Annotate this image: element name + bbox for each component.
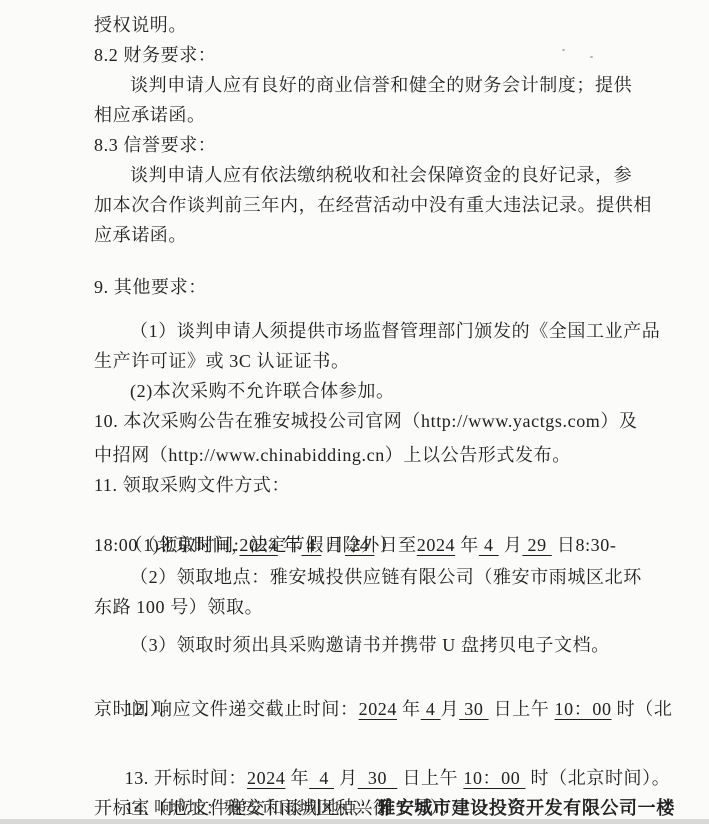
doc-line: (2)本次采购不允许联合体参加。 xyxy=(94,376,653,406)
text-run: 月 xyxy=(499,535,523,555)
underlined-value: 30 xyxy=(459,699,488,719)
doc-line: 中招网（http://www.chinabidding.cn）上以公告形式发布。 xyxy=(94,440,653,470)
doc-line: 生产许可证》或 3C 认证证书。 xyxy=(94,346,653,376)
doc-line-heading-10: 10. 本次采购公告在雅安城投公司官网（http://www.yactgs.co… xyxy=(94,406,653,436)
text-run: 月 xyxy=(334,768,358,788)
scan-speck xyxy=(590,56,593,58)
text-run: 年 xyxy=(285,768,309,788)
text-run: 日上午 xyxy=(397,768,463,788)
doc-line: （1）谈判申请人须提供市场监督管理部门颁发的《全国工业产品 xyxy=(94,316,653,346)
scan-speck xyxy=(562,49,565,51)
text-run: 年 xyxy=(455,535,479,555)
text-run: 月 xyxy=(441,699,460,719)
doc-line-heading-9: 9. 其他要求： xyxy=(94,272,653,302)
doc-line-deadline: 12. 响应文件递交截止时间：2024 年 4 月 30 日上午 10：00 时… xyxy=(94,664,653,694)
text-run: 日8:30- xyxy=(552,535,617,555)
document-page: 授权说明。 8.2 财务要求： 谈判申请人应有良好的商业信誉和健全的财务会计制度… xyxy=(0,0,709,824)
doc-line-heading-8-3: 8.3 信誉要求： xyxy=(94,130,653,160)
doc-line-bid-opening-time: 13. 开标时间：2024 年 4 月 30 日上午 10：00 时（北京时间）… xyxy=(94,733,653,763)
doc-line: 加本次合作谈判前三年内，在经营活动中没有重大违法记录。提供相 xyxy=(94,190,653,220)
underlined-value: 2024 xyxy=(247,768,285,788)
text-run: 时（北京时间）。 xyxy=(525,768,670,788)
underlined-value: 10：00 xyxy=(555,699,612,719)
scan-edge-artifact xyxy=(0,819,709,824)
doc-line: 相应承诺函。 xyxy=(94,100,653,130)
underlined-value: 4 xyxy=(309,768,334,788)
text-run: 日上午 xyxy=(489,699,555,719)
doc-line-heading-8-2: 8.2 财务要求： xyxy=(94,40,653,70)
doc-line: 谈判申请人应有依法缴纳税收和社会保障资金的良好记录，参 xyxy=(94,160,653,190)
underlined-value: 30 xyxy=(358,768,398,788)
text-run: 13. 开标时间： xyxy=(125,768,247,788)
doc-line-pickup-requirement: （3）领取时须出具采购邀请书并携带 U 盘拷贝电子文档。 xyxy=(94,630,653,660)
text-run: 时（北 xyxy=(612,699,673,719)
underlined-value: 2024 xyxy=(359,699,397,719)
doc-line-heading-11: 11. 领取采购文件方式： xyxy=(94,470,653,500)
document-content: 授权说明。 8.2 财务要求： 谈判申请人应有良好的商业信誉和健全的财务会计制度… xyxy=(0,0,709,823)
underlined-value: 29 xyxy=(522,535,551,555)
underlined-value: 10：00 xyxy=(463,768,525,788)
underlined-value: 4 xyxy=(421,699,441,719)
doc-line: 谈判申请人应有良好的商业信誉和健全的财务会计制度；提供 xyxy=(94,70,653,100)
doc-line-pickup-time: （1)领取时间:2024 年 4 月 24 日至2024 年 4 月 29 日8… xyxy=(94,500,653,530)
underlined-value: 4 xyxy=(479,535,499,555)
text-run: 年 xyxy=(397,699,421,719)
doc-line: 应承诺函。 xyxy=(94,220,653,250)
underlined-value: 2024 xyxy=(417,535,455,555)
doc-line: 东路 100 号）领取。 xyxy=(94,592,653,622)
doc-line-authorization-note: 授权说明。 xyxy=(94,10,653,40)
doc-line-pickup-place: （2）领取地点：雅安城投供应链有限公司（雅安市雨城区北环 xyxy=(94,562,653,592)
